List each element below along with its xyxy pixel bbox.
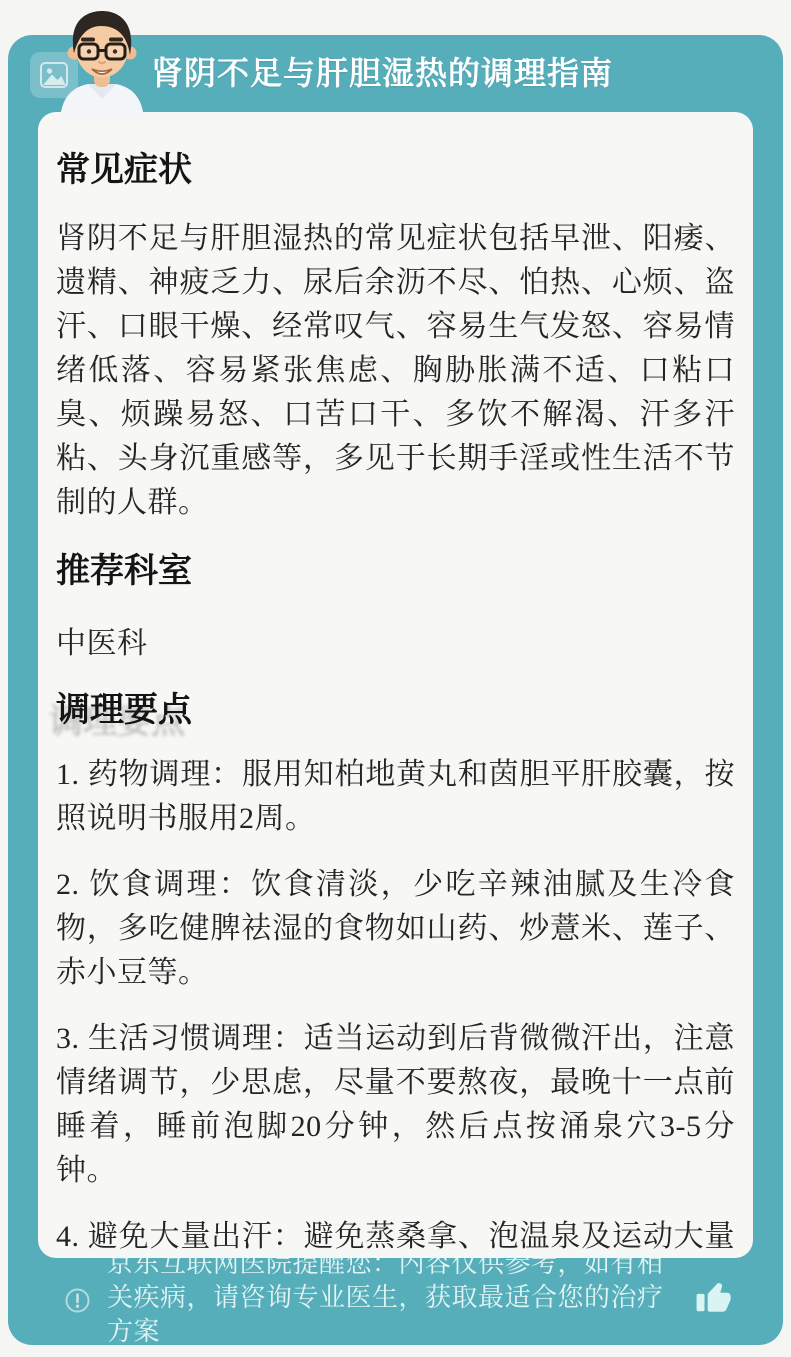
advice-panel: 肾阴不足与肝胆湿热的调理指南 常见症状 肾阴不足与肝胆湿热的常见症状包括早泄、阳… (8, 35, 783, 1345)
tip-item-2: 2. 饮食调理：饮食清淡，少吃辛辣油腻及生冷食物，多吃健脾祛湿的食物如山药、炒薏… (56, 863, 735, 995)
panel-footer: 京东互联网医院提醒您：内容仅供参考，如有相关疾病，请咨询专业医生，获取最适合您的… (8, 1257, 783, 1345)
disclaimer-text: 京东互联网医院提醒您：内容仅供参考，如有相关疾病，请咨询专业医生，获取最适合您的… (107, 1246, 679, 1348)
doctor-avatar-graphic (53, 7, 151, 119)
section-heading-symptoms: 常见症状 (56, 142, 735, 191)
section-heading-department: 推荐科室 (56, 543, 735, 592)
tip-item-1: 1. 药物调理：服用知柏地黄丸和茵胆平肝胶囊，按照说明书服用2周。 (56, 753, 735, 841)
tip-item-3: 3. 生活习惯调理：适当运动到后背微微汗出，注意情绪调节，少思虑，尽量不要熬夜，… (56, 1017, 735, 1193)
thumbs-up-button[interactable] (695, 1278, 733, 1316)
department-value: 中医科 (56, 622, 735, 666)
thumbs-up-icon (695, 1278, 733, 1316)
panel-header: 肾阴不足与肝胆湿热的调理指南 (8, 35, 783, 112)
page-title: 肾阴不足与肝胆湿热的调理指南 (151, 35, 613, 112)
tips-list: 1. 药物调理：服用知柏地黄丸和茵胆平肝胶囊，按照说明书服用2周。 2. 饮食调… (56, 753, 735, 1258)
content-card: 常见症状 肾阴不足与肝胆湿热的常见症状包括早泄、阳痿、遗精、神疲乏力、尿后余沥不… (38, 112, 753, 1258)
doctor-avatar (53, 7, 151, 119)
section-heading-tips: 调理要点 (56, 682, 735, 731)
symptoms-paragraph: 肾阴不足与肝胆湿热的常见症状包括早泄、阳痿、遗精、神疲乏力、尿后余沥不尽、怕热、… (56, 217, 735, 525)
info-icon (64, 1287, 91, 1314)
